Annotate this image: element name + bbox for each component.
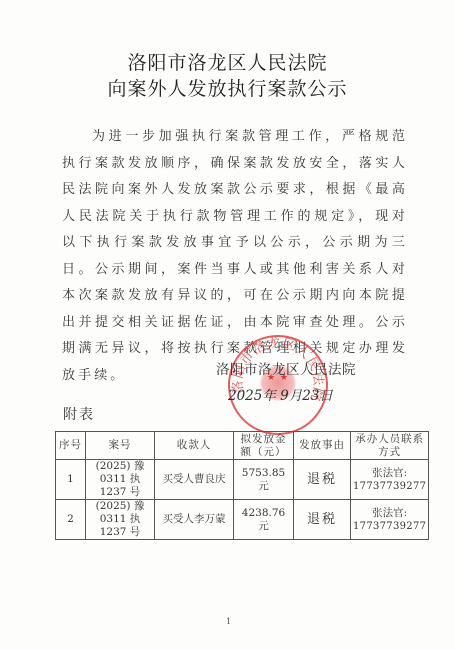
cell-no: 1 [56,460,86,500]
signature-date: 2025年 9月23日 [228,384,333,404]
table-row: 2 (2025) 豫0311 执 1237 号 买受人李万蒙 4238.76 元… [56,500,429,540]
page-number: 1 [226,617,231,626]
contact-name: 张法官: [353,467,426,480]
table-row: 1 (2025) 豫0311 执 1237 号 买受人曹良庆 5753.85 元… [56,460,429,500]
document-title-line1: 洛阳市洛龙区人民法院 [0,52,455,74]
contact-name: 张法官: [353,507,426,520]
document-title-line2: 向案外人发放执行案款公示 [0,78,455,100]
appendix-table: 序号 案号 收款人 拟发放金额（元） 发放事由 承办人员联系方式 1 (2025… [55,431,429,540]
cell-reason: 退税 [294,460,351,500]
header-no: 序号 [56,432,86,460]
table-header-row: 序号 案号 收款人 拟发放金额（元） 发放事由 承办人员联系方式 [56,432,429,460]
cell-amount: 4238.76 元 [234,500,294,540]
header-case-no: 案号 [86,432,155,460]
contact-phone: 17737739277 [353,520,426,533]
cell-reason: 退税 [294,500,351,540]
header-reason: 发放事由 [294,432,351,460]
signature-org: 洛阳市洛龙区人民法院 [216,358,356,378]
appendix-label: 附表 [63,404,95,424]
cell-contact: 张法官: 17737739277 [351,460,429,500]
contact-phone: 17737739277 [353,480,426,493]
cell-payee: 买受人李万蒙 [155,500,234,540]
cell-amount: 5753.85 元 [234,460,294,500]
header-contact: 承办人员联系方式 [351,432,429,460]
header-payee: 收款人 [155,432,234,460]
cell-no: 2 [56,500,86,540]
cell-payee: 买受人曹良庆 [155,460,234,500]
header-amount: 拟发放金额（元） [234,432,294,460]
cell-case-no: (2025) 豫0311 执 1237 号 [86,500,155,540]
cell-case-no: (2025) 豫0311 执 1237 号 [86,460,155,500]
cell-contact: 张法官: 17737739277 [351,500,429,540]
